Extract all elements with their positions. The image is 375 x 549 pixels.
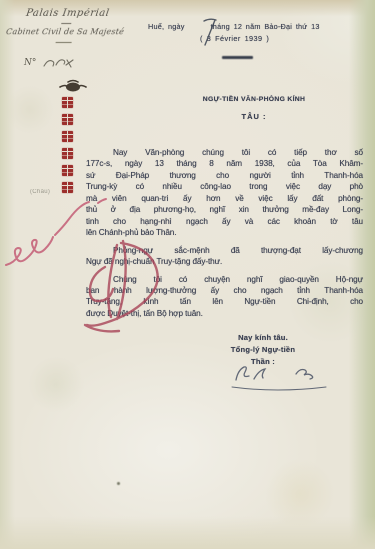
letterhead-ornament-icon xyxy=(58,79,88,95)
handwritten-number-icon xyxy=(42,56,76,70)
dateline-french: ( 3 Février 1939 ) xyxy=(200,34,362,43)
document-heading: NGỰ-TIỀN VĂN-PHÒNG KÍNH TÂU : xyxy=(198,96,310,121)
seal-glyph-icon xyxy=(62,165,73,176)
letterhead-divider2-icon xyxy=(56,42,72,43)
seal-glyph-icon xyxy=(62,182,73,193)
red-approval-paraph-icon xyxy=(55,233,180,343)
paper-speck xyxy=(117,482,120,485)
document-number-label: N° xyxy=(24,58,36,68)
dateline-suffix: tháng 12 năm Bảo-Đại thứ 13 xyxy=(211,22,320,31)
heading-line1: NGỰ-TIỀN VĂN-PHÒNG KÍNH xyxy=(198,96,310,103)
letterhead: Palais Impérial Cabinet Civil de Sa Maje… xyxy=(4,8,129,43)
seal-glyph-icon xyxy=(62,97,73,108)
handwritten-day-icon xyxy=(201,16,221,48)
heading-line2: TÂU : xyxy=(198,112,310,121)
seal-glyph-icon xyxy=(62,131,73,142)
letterhead-divider-icon xyxy=(61,23,71,24)
body-paragraph-1: Nay Văn-phòng chúng tôi có tiếp thơ số17… xyxy=(86,147,363,239)
scanned-letter-page: Palais Impérial Cabinet Civil de Sa Maje… xyxy=(0,0,375,549)
dateline-rule xyxy=(222,56,253,59)
closing-line2: Tổng-lý Ngự-tiền xyxy=(200,344,326,356)
dateline: Huế, ngàytháng 12 năm Bảo-Đại thứ 13 ( 3… xyxy=(148,22,362,43)
letterhead-line1: Palais Impérial xyxy=(7,8,129,19)
dateline-prefix: Huế, ngày xyxy=(148,22,185,31)
document-number: N° xyxy=(24,58,36,68)
signature-icon xyxy=(228,362,334,396)
letterhead-line2: Cabinet Civil de Sa Majesté xyxy=(5,27,126,36)
red-seal-column xyxy=(61,97,74,199)
seal-glyph-icon xyxy=(62,114,73,125)
closing-line1: Nay kính tâu. xyxy=(200,332,326,344)
seal-glyph-icon xyxy=(62,148,73,159)
